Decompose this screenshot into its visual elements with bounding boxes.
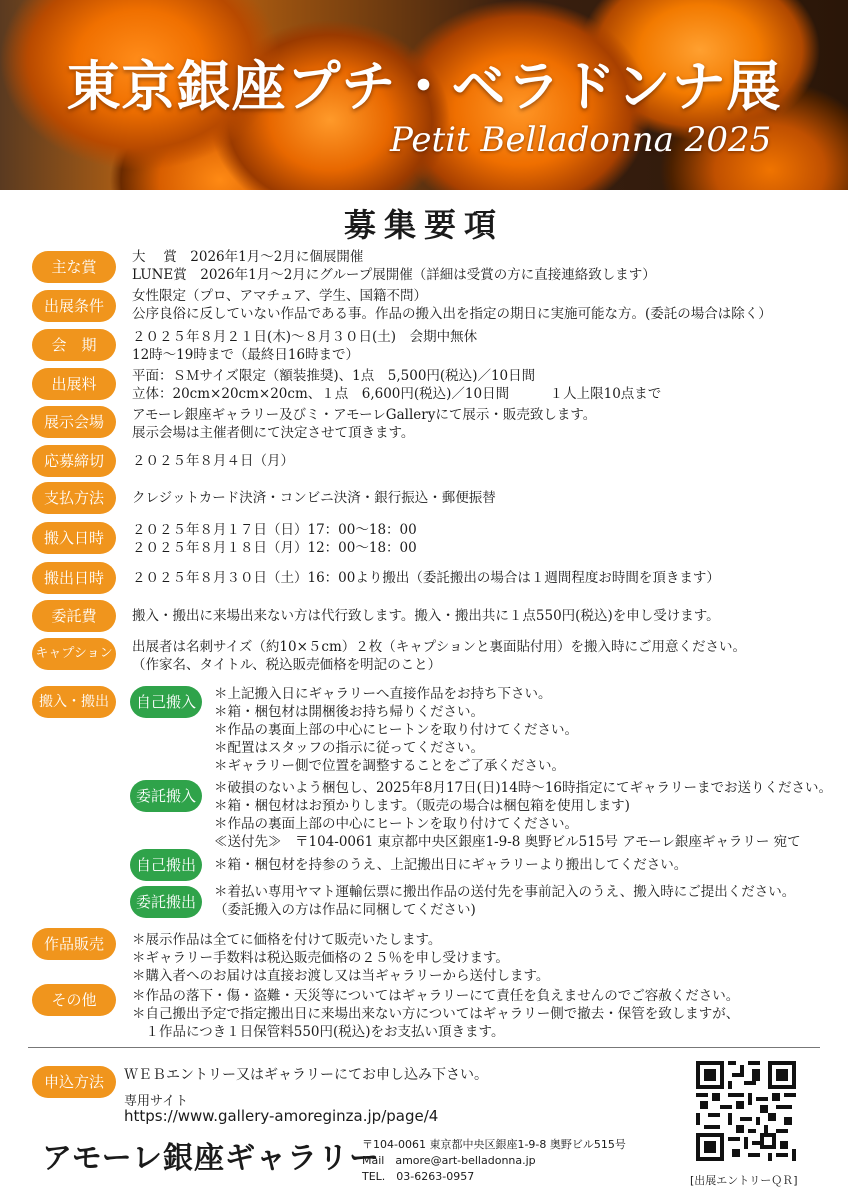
- sub-text: ＊箱・梱包材を持参のうえ、上記搬出日にギャラリーより搬出してください。: [214, 856, 687, 874]
- gallery-mail[interactable]: Mail amore@art-belladonna.jp: [362, 1153, 626, 1169]
- section-text: 女性限定（プロ、アマチュア、学生、国籍不問） 公序良俗に反していない作品である事…: [132, 287, 772, 323]
- label-pill: 委託費: [32, 600, 116, 632]
- label-pill: その他: [32, 984, 116, 1016]
- gallery-address: 〒104-0061 東京都中央区銀座1-9-8 奥野ビル515号: [362, 1137, 626, 1153]
- label-pill: 申込方法: [32, 1066, 116, 1098]
- qr-code-icon[interactable]: [696, 1061, 796, 1161]
- label-pill: 搬出日時: [32, 562, 116, 594]
- section-text: ２０２５年８月４日（月）: [132, 452, 294, 470]
- apply-text: ＷＥＢエントリー又はギャラリーにてお申し込み下さい。: [124, 1066, 488, 1084]
- label-pill: 出展料: [32, 368, 116, 400]
- gallery-contact: 〒104-0061 東京都中央区銀座1-9-8 奥野ビル515号 Mail am…: [362, 1137, 626, 1185]
- label-pill: 会 期: [32, 329, 116, 361]
- qr-caption: [出展エントリーＱＲ]: [690, 1172, 798, 1188]
- page-heading: 募集要項: [0, 200, 848, 246]
- section-text: 大 賞 2026年1月～2月に個展開催 LUNE賞 2026年1月～2月にグルー…: [132, 248, 656, 284]
- label-pill: 主な賞: [32, 251, 116, 283]
- section-text: 出展者は名刺サイズ（約10×５cm）２枚（キャプションと裏面貼付用）を搬入時にご…: [132, 638, 746, 674]
- section-text: 平面：ＳＭサイズ限定（額装推奨)、1点 5,500円(税込)／10日間 立体：2…: [132, 367, 661, 403]
- banner-title: 東京銀座プチ・ベラドンナ展: [0, 44, 848, 121]
- label-pill: キャプション: [32, 638, 116, 670]
- sub-label-pill: 自己搬入: [130, 686, 202, 718]
- section-text: 搬入・搬出に来場出来ない方は代行致します。搬入・搬出共に１点550円(税込)を申…: [132, 607, 720, 625]
- header-banner: 東京銀座プチ・ベラドンナ展 Petit Belladonna 2025: [0, 0, 848, 190]
- site-url[interactable]: https://www.gallery-amoreginza.jp/page/4: [124, 1109, 438, 1124]
- label-pill: 搬入日時: [32, 522, 116, 554]
- section-text: ２０２５年８月１７日（日）17：00～18：00 ２０２５年８月１８日（月）12…: [132, 521, 417, 557]
- section-text: ２０２５年８月２１日(木)～８月３０日(土) 会期中無休 12時～19時まで（最…: [132, 328, 477, 364]
- banner-subtitle: Petit Belladonna 2025: [390, 120, 771, 160]
- section-text: アモーレ銀座ギャラリー及びミ・アモーレGalleryにて展示・販売致します。 展…: [132, 406, 596, 442]
- label-pill: 展示会場: [32, 406, 116, 438]
- sub-label-pill: 委託搬出: [130, 886, 202, 918]
- section-text: ＊展示作品は全てに価格を付けて販売いたします。 ＊ギャラリー手数料は税込販売価格…: [132, 931, 549, 985]
- sub-text: ＊上記搬入日にギャラリーへ直接作品をお持ち下さい。 ＊箱・梱包材は開梱後お持ち帰…: [214, 685, 578, 775]
- sub-label-pill: 委託搬入: [130, 780, 202, 812]
- section-text: ＊作品の落下・傷・盗難・天災等についてはギャラリーにて責任を負えませんのでご容赦…: [132, 987, 739, 1041]
- sub-text: ＊着払い専用ヤマト運輸伝票に搬出作品の送付先を事前記入のうえ、搬入時にご提出くだ…: [214, 883, 795, 919]
- gallery-name: アモーレ銀座ギャラリー: [42, 1133, 380, 1177]
- sub-label-pill: 自己搬出: [130, 849, 202, 881]
- label-pill: 搬入・搬出: [32, 686, 116, 718]
- apply-site: 専用サイト https://www.gallery-amoreginza.jp/…: [124, 1094, 438, 1124]
- label-pill: 出展条件: [32, 290, 116, 322]
- sub-text: ＊破損のないよう梱包し、2025年8月17日(日)14時～16時指定にてギャラリ…: [214, 779, 832, 851]
- divider: [28, 1047, 820, 1048]
- label-pill: 応募締切: [32, 445, 116, 477]
- gallery-tel: TEL. 03-6263-0957: [362, 1169, 626, 1185]
- label-pill: 作品販売: [32, 928, 116, 960]
- section-text: クレジットカード決済・コンビニ決済・銀行振込・郵便振替: [132, 489, 496, 507]
- label-pill: 支払方法: [32, 482, 116, 514]
- section-text: ２０２５年８月３０日（土）16：00より搬出（委託搬出の場合は１週間程度お時間を…: [132, 569, 720, 587]
